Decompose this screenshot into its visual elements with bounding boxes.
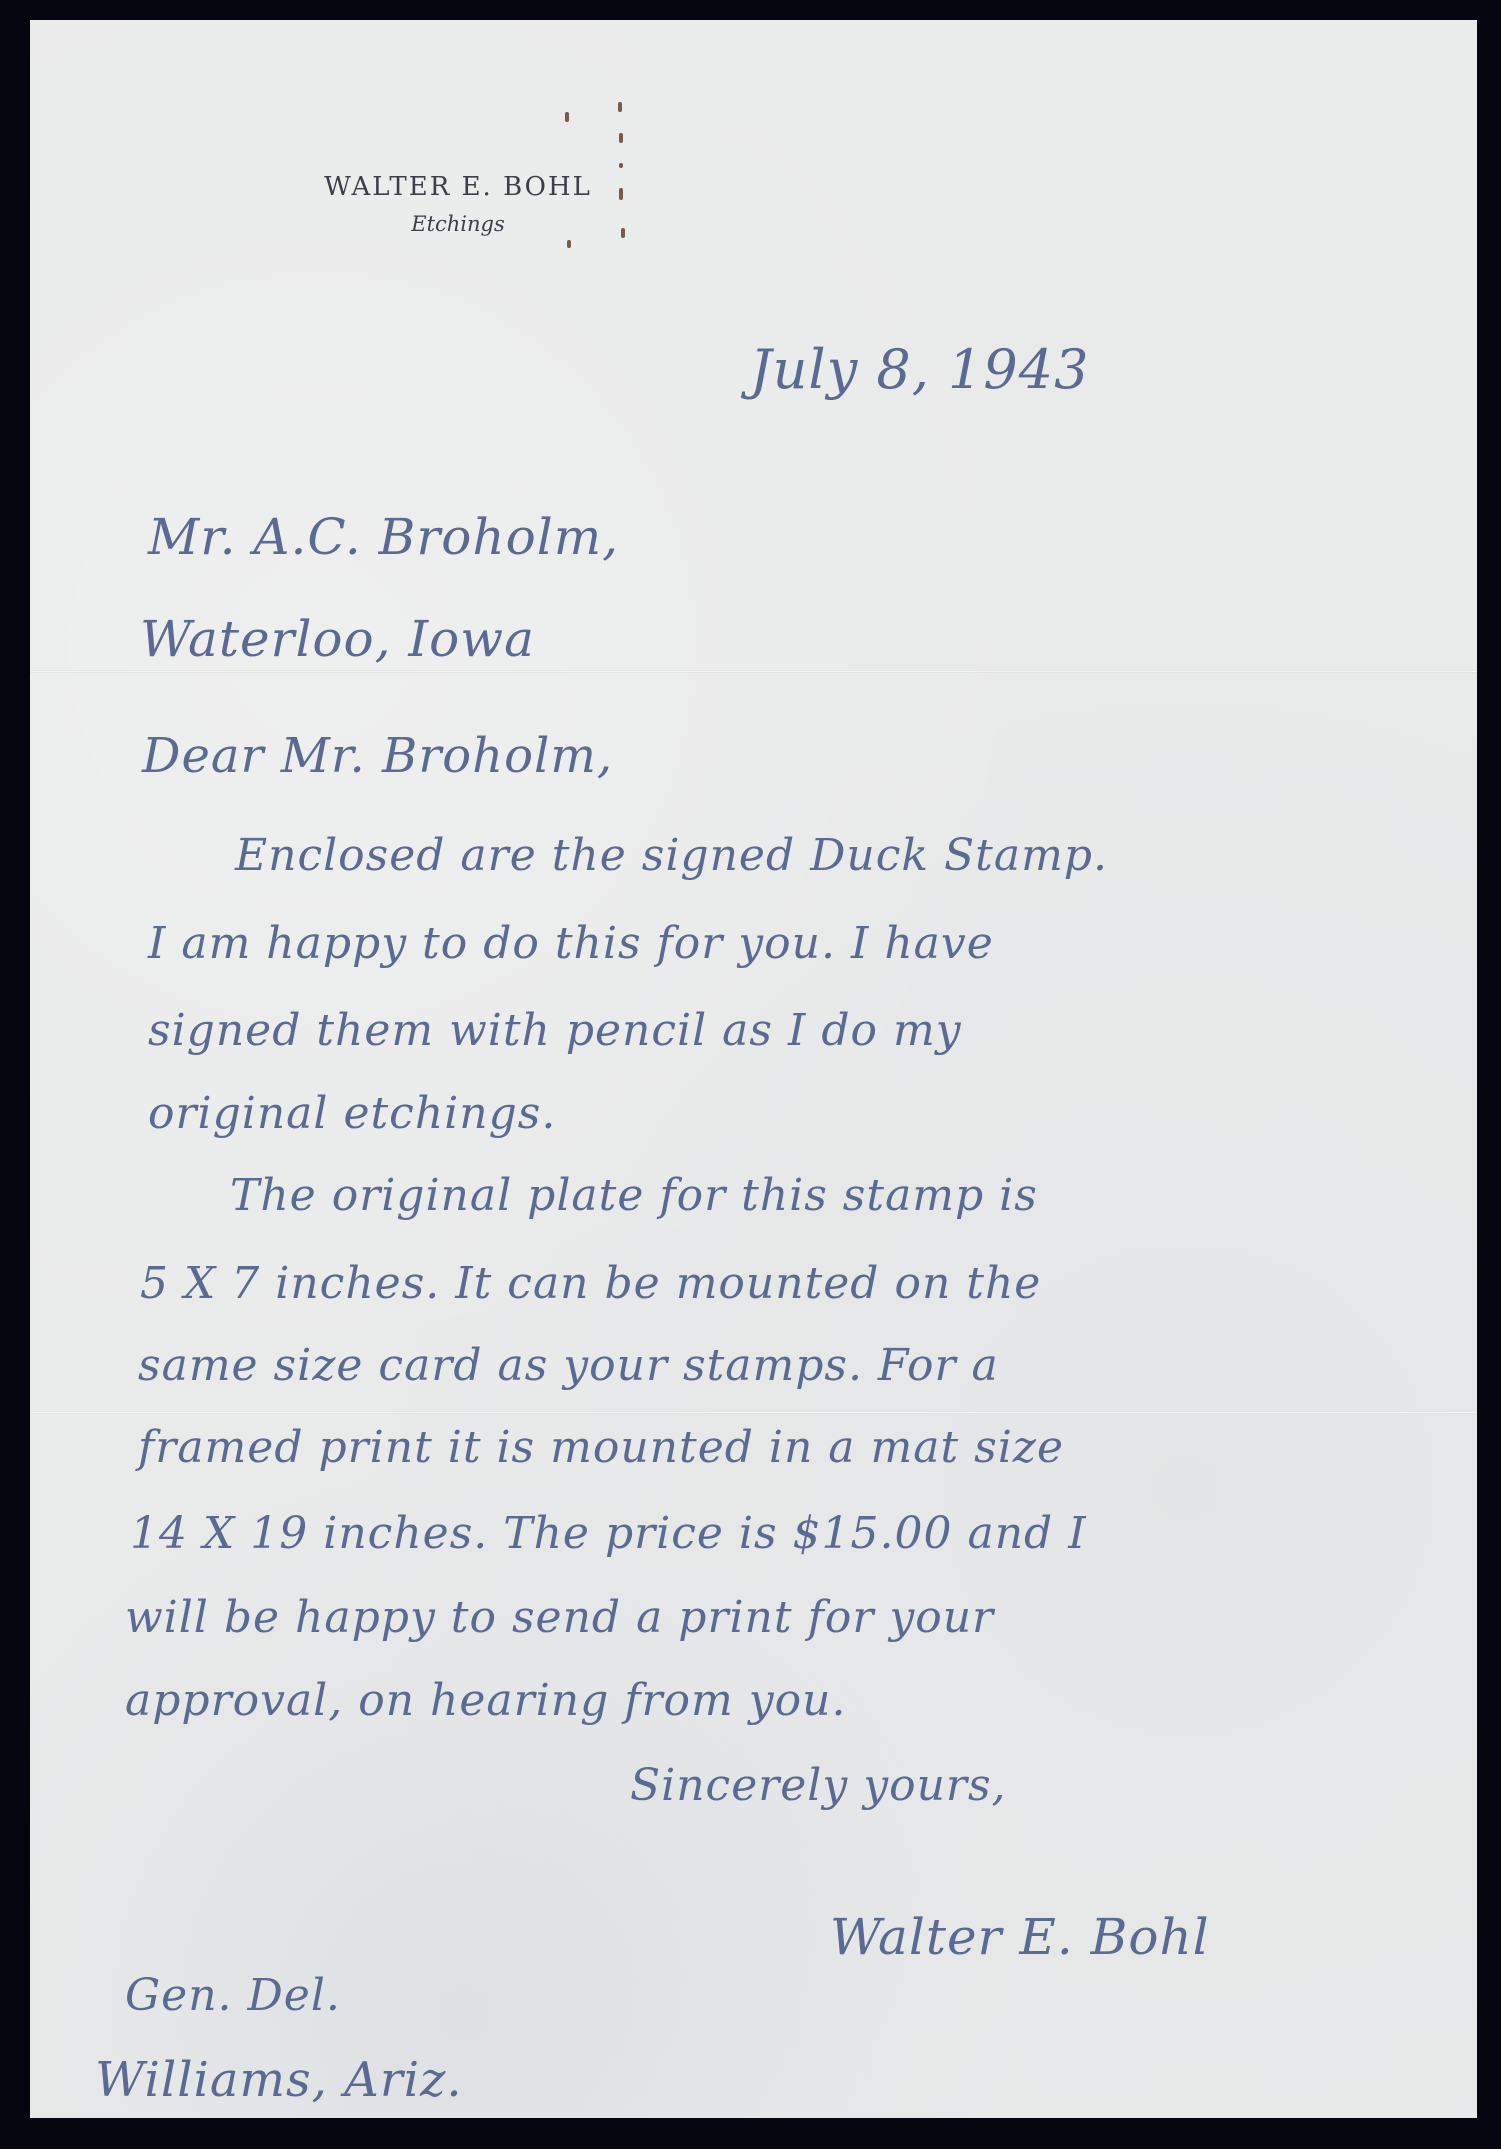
letter-paper: WALTER E. BOHL Etchings July 8, 1943 Mr.… (30, 20, 1477, 2118)
body-line: original etchings. (148, 1088, 556, 1139)
closing: Sincerely yours, (630, 1760, 1007, 1811)
signature: Walter E. Bohl (830, 1908, 1210, 1966)
fold-line (30, 670, 1477, 673)
body-line: The original plate for this stamp is (230, 1170, 1038, 1221)
recipient-name: Mr. A.C. Broholm, (148, 508, 619, 566)
body-line: I am happy to do this for you. I have (148, 918, 994, 969)
sender-address-line1: Gen. Del. (125, 1970, 341, 2021)
staple-mark (619, 163, 623, 168)
body-line: 14 X 19 inches. The price is $15.00 and … (130, 1508, 1087, 1559)
staple-mark (618, 102, 622, 112)
body-line: Enclosed are the signed Duck Stamp. (235, 830, 1108, 881)
fold-line (30, 1411, 1477, 1414)
salutation: Dear Mr. Broholm, (142, 728, 613, 784)
body-line: 5 X 7 inches. It can be mounted on the (140, 1258, 1041, 1309)
body-line: will be happy to send a print for your (125, 1592, 994, 1643)
body-line: signed them with pencil as I do my (148, 1005, 962, 1056)
staple-mark (619, 133, 623, 143)
body-line: approval, on hearing from you. (125, 1675, 846, 1726)
body-line: framed print it is mounted in a mat size (138, 1422, 1064, 1473)
body-line: same size card as your stamps. For a (138, 1340, 999, 1391)
letterhead-subtitle: Etchings (228, 212, 688, 236)
staple-mark (567, 240, 571, 248)
letter-date: July 8, 1943 (750, 338, 1089, 401)
sender-address-line2: Williams, Ariz. (95, 2052, 463, 2108)
recipient-city: Waterloo, Iowa (140, 610, 535, 668)
letterhead-name: WALTER E. BOHL (228, 172, 688, 202)
staple-mark (565, 112, 569, 122)
